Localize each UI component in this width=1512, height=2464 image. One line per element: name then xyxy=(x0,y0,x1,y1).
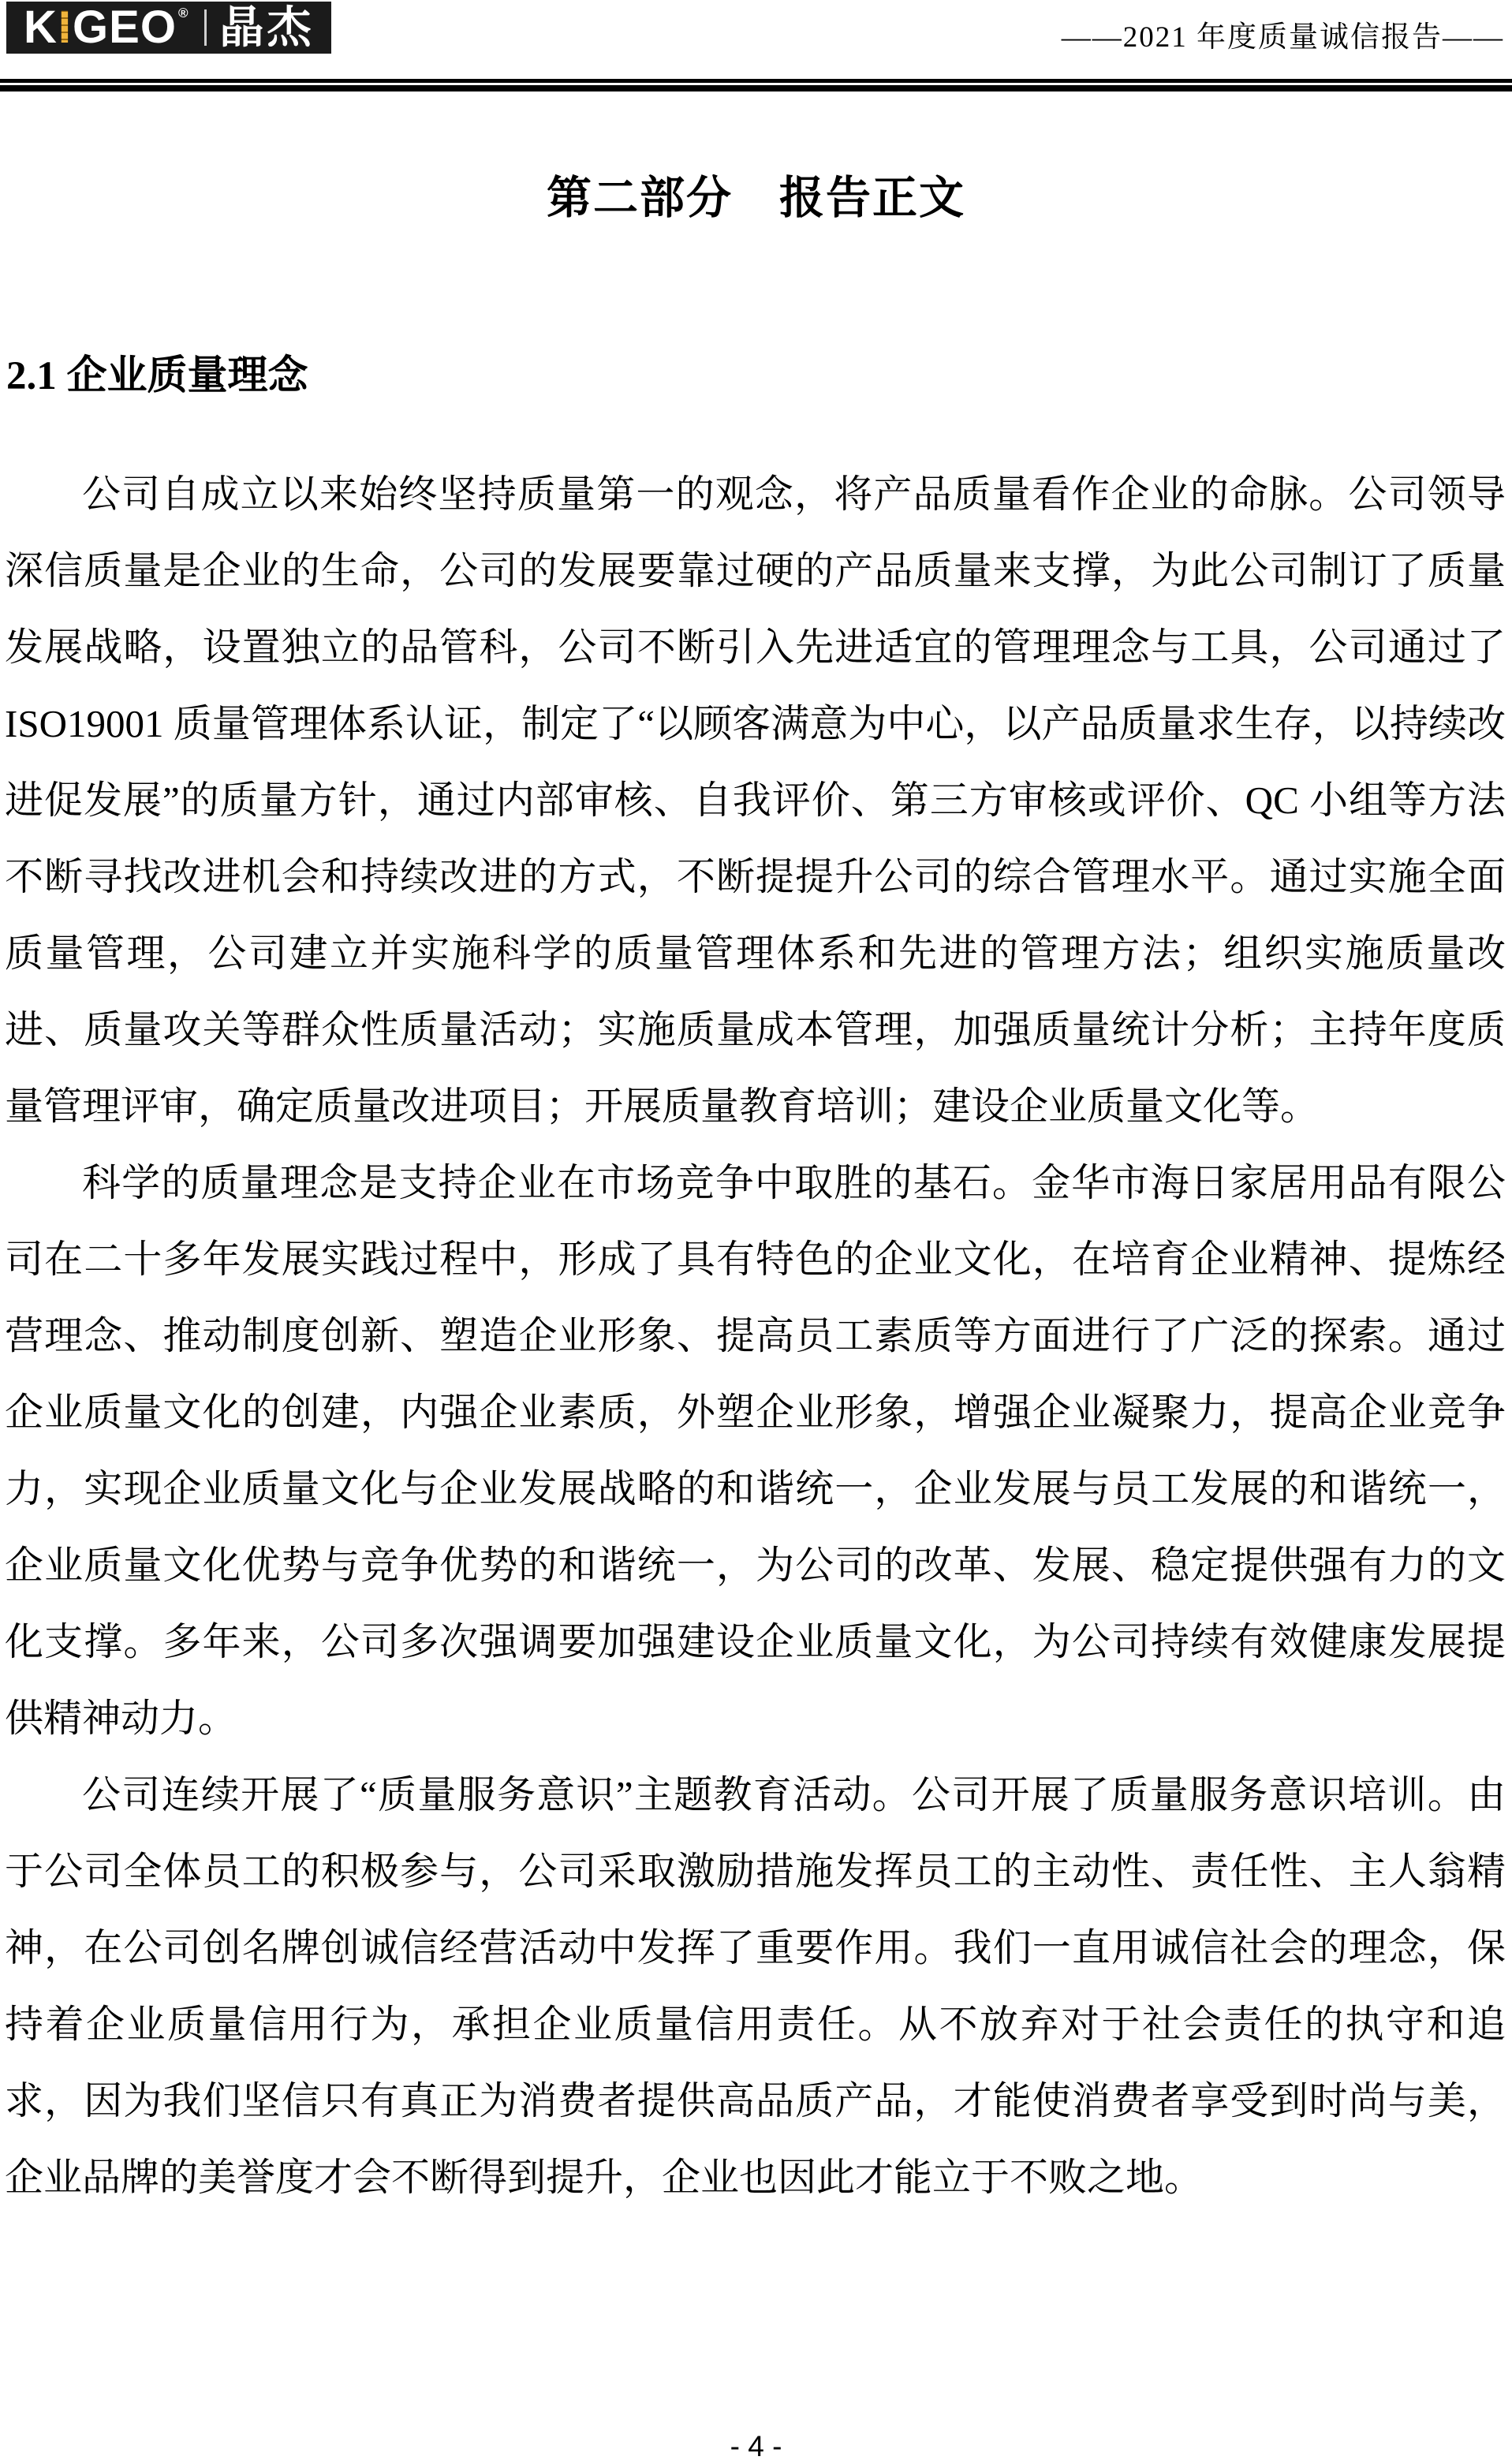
section-heading: 2.1 企业质量理念 xyxy=(6,357,308,397)
logo-divider xyxy=(204,9,207,46)
header-report-label: ——2021 年度质量诚信报告—— xyxy=(1062,23,1504,57)
paragraph-quality-service: 公司连续开展了“质量服务意识”主题教育活动。公司开展了质量服务意识培训。由于公司… xyxy=(5,1757,1506,2216)
logo-i-mark: I xyxy=(58,5,73,50)
company-logo: K I GEO ® 晶杰 xyxy=(6,2,331,54)
paragraph-quality-culture: 科学的质量理念是支持企业在市场竞争中取胜的基石。金华市海日家居用品有限公司在二十… xyxy=(5,1144,1506,1757)
logo-letter-k: K xyxy=(24,5,58,50)
report-page: K I GEO ® 晶杰 ——2021 年度质量诚信报告—— 第二部分 报告正文… xyxy=(0,0,1512,2464)
page-header: K I GEO ® 晶杰 ——2021 年度质量诚信报告—— xyxy=(6,0,1504,57)
logo-cjk-name: 晶杰 xyxy=(219,6,314,50)
body-text: 公司自成立以来始终坚持质量第一的观念，将产品质量看作企业的命脉。公司领导深信质量… xyxy=(5,456,1506,2216)
paragraph-quality-concept: 公司自成立以来始终坚持质量第一的观念，将产品质量看作企业的命脉。公司领导深信质量… xyxy=(5,456,1506,1144)
registered-trademark-icon: ® xyxy=(178,6,189,20)
header-double-rule xyxy=(0,79,1512,91)
document-title: 第二部分 报告正文 xyxy=(0,176,1512,221)
page-number: - 4 - xyxy=(0,2432,1512,2461)
logo-letters-geo: GEO xyxy=(73,5,177,50)
